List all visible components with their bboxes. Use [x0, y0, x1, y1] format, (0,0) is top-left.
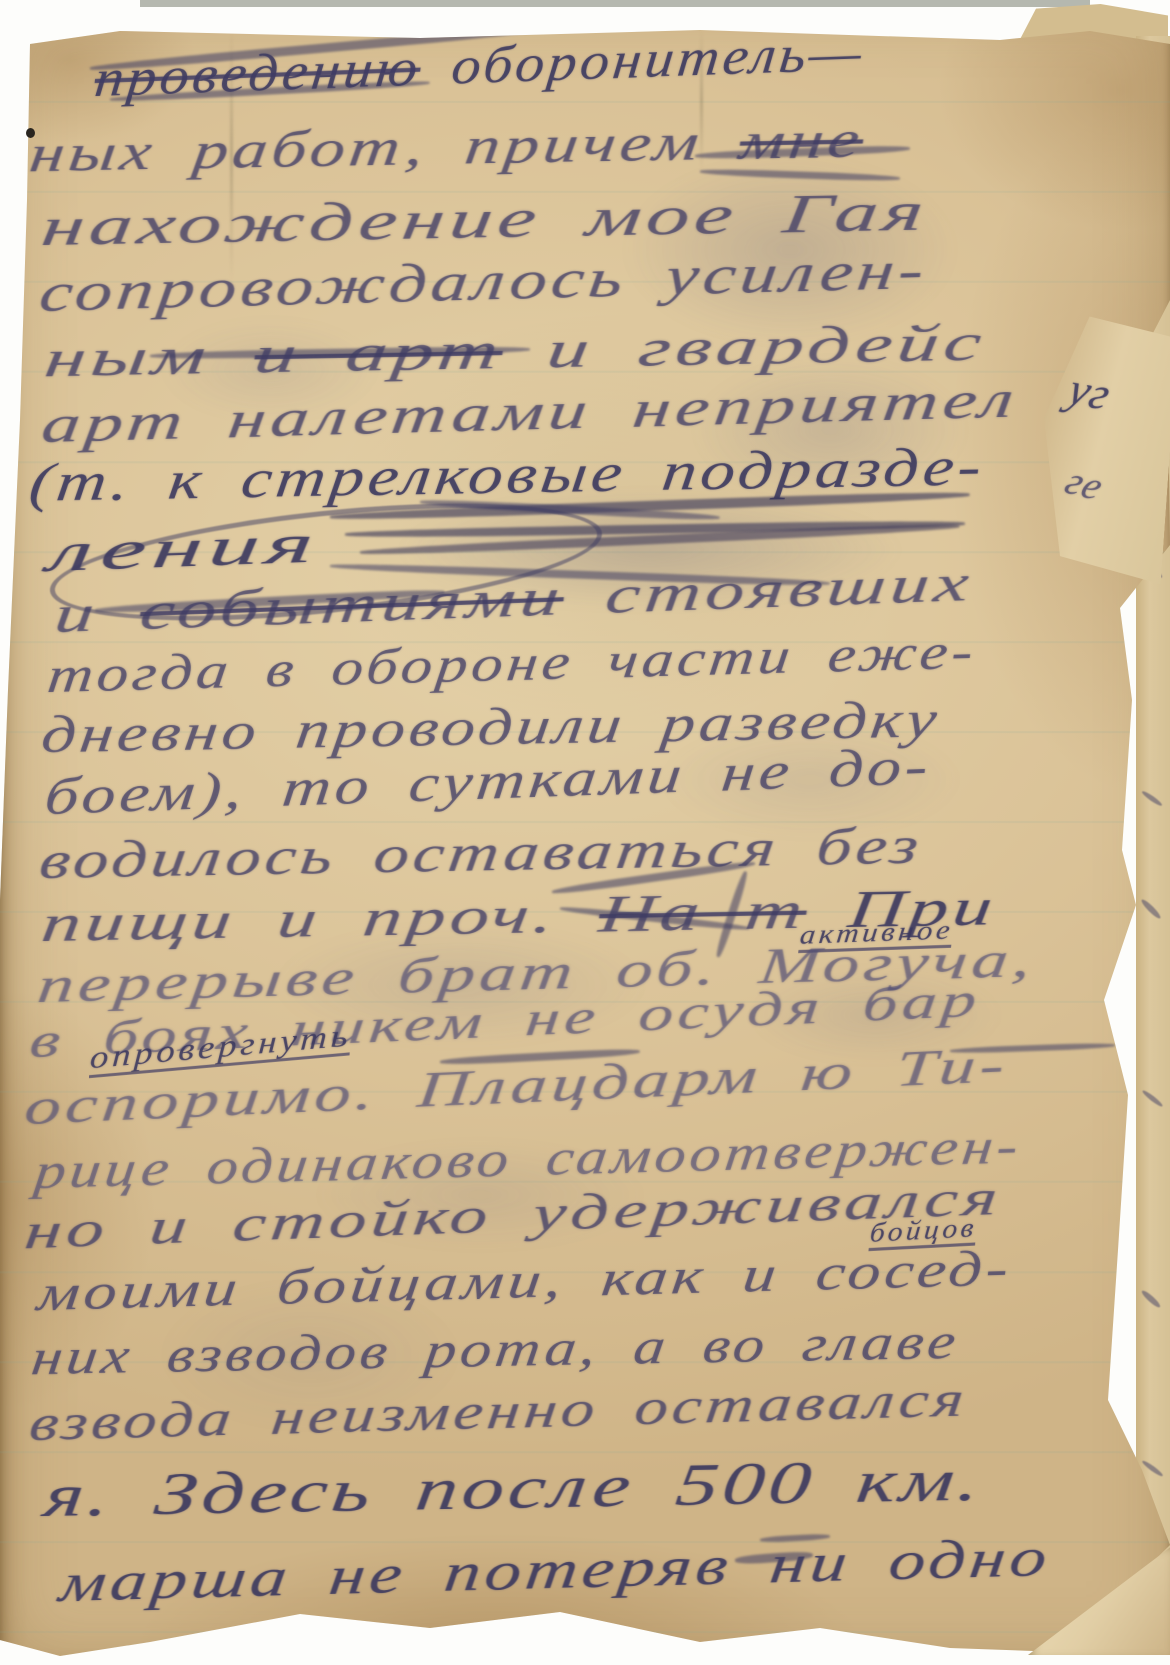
ink-mark — [1140, 898, 1163, 921]
paper-sheet: проведению оборонитель— ных работ, приче… — [0, 0, 1170, 1665]
ink-mark — [1141, 1089, 1164, 1108]
ink-mark — [1141, 1459, 1164, 1478]
flap-fragment-2: ге — [1059, 457, 1111, 510]
struck-word: мне — [737, 111, 867, 170]
scanned-manuscript-page: проведению оборонитель— ных работ, приче… — [0, 0, 1170, 1665]
punch-hole — [26, 128, 35, 138]
hw-line-24: я. Здесь после 500 км. — [41, 1446, 988, 1532]
flap-fragment-1: уг — [1062, 362, 1118, 420]
hw-line-13: водилось оставаться без — [36, 817, 925, 892]
ink-mark — [1140, 1289, 1162, 1310]
ink-mark — [1141, 790, 1164, 808]
hw-line-25: марша не потеряв ни одно — [56, 1526, 1054, 1614]
scanner-edge-strip — [140, 0, 1090, 7]
